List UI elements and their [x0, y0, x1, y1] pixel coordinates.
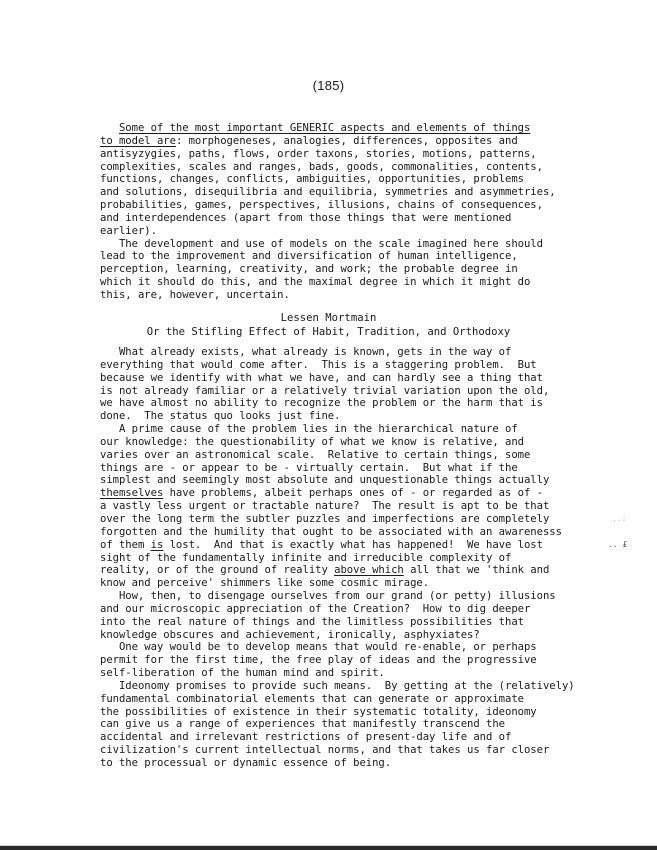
text-segment: a vastly less urgent or tractable nature… [100, 500, 549, 512]
text-line: and interdependences (apart from those t… [100, 212, 570, 225]
underlined-text: to model are [100, 135, 176, 147]
text-segment: varies over an astronomical scale. Relat… [100, 449, 530, 461]
text-segment: know and perceive' shimmers like some co… [100, 577, 429, 589]
text-segment: simplest and seemingly most absolute and… [100, 474, 549, 486]
document-page: (185) Some of the most important GENERIC… [0, 0, 657, 846]
underlined-text: is [151, 539, 164, 551]
text-line: functions, changes, conflicts, ambiguiti… [100, 173, 570, 186]
text-segment: things are - or appear to be - virtually… [100, 462, 518, 474]
text-line: we have almost no ability to recognize t… [100, 397, 570, 410]
text-segment: functions, changes, conflicts, ambiguiti… [100, 173, 524, 185]
text-line: lead to the improvement and diversificat… [100, 250, 570, 263]
text-segment: everything that would come after. This i… [100, 359, 537, 371]
text-segment: antisyzygies, paths, flows, order taxons… [100, 148, 537, 160]
text-segment: over the long term the subtler puzzles a… [100, 513, 549, 525]
text-line: What already exists, what already is kno… [100, 346, 570, 359]
text-line: antisyzygies, paths, flows, order taxons… [100, 148, 570, 161]
text-line: of them is lost. And that is exactly wha… [100, 539, 570, 552]
text-segment: we have almost no ability to recognize t… [100, 397, 543, 409]
text-segment: is not already familiar or a relatively … [100, 385, 549, 397]
text-segment: and our microscopic appreciation of the … [100, 603, 530, 615]
text-segment: permit for the first time, the free play… [100, 654, 537, 666]
page-number: (185) [0, 78, 657, 93]
text-segment: perception, learning, creativity, and wo… [100, 263, 518, 275]
text-line: done. The status quo looks just fine. [100, 410, 570, 423]
text-line: a vastly less urgent or tractable nature… [100, 500, 570, 513]
intro-paragraphs: Some of the most important GENERIC aspec… [100, 122, 570, 302]
text-segment: : morphogeneses, analogies, differences,… [176, 135, 518, 147]
text-segment: The development and use of models on the… [100, 238, 543, 250]
text-line: probabilities, games, perspectives, illu… [100, 199, 570, 212]
text-segment: One way would be to develop means that w… [100, 641, 537, 653]
viewer-bottom-edge [0, 845, 657, 850]
text-line: The development and use of models on the… [100, 238, 570, 251]
section-subtitle: Or the Stifling Effect of Habit, Traditi… [0, 326, 657, 339]
text-segment: the possibilities of existence in their … [100, 706, 537, 718]
text-line: Some of the most important GENERIC aspec… [100, 122, 570, 135]
text-line: everything that would come after. This i… [100, 359, 570, 372]
text-line: which it should do this, and the maximal… [100, 276, 570, 289]
text-line: this, are, however, uncertain. [100, 289, 570, 302]
text-line: simplest and seemingly most absolute and… [100, 474, 570, 487]
text-line: How, then, to disengage ourselves from o… [100, 590, 570, 603]
text-line: civilization's current intellectual norm… [100, 744, 570, 757]
text-segment: and solutions, disequilibria and equilib… [100, 186, 556, 198]
text-segment: knowledge obscures and achievement, iron… [100, 629, 480, 641]
text-segment: accidental and irrelevant restrictions o… [100, 731, 511, 743]
text-segment: civilization's current intellectual norm… [100, 744, 549, 756]
underlined-text: themselves [100, 487, 163, 499]
text-segment: lost. And that is exactly what has happe… [163, 539, 543, 551]
text-line: forgotten and the humility that ought to… [100, 526, 570, 539]
body-paragraphs: What already exists, what already is kno… [100, 346, 570, 770]
text-segment: and interdependences (apart from those t… [100, 212, 511, 224]
text-segment: Ideonomy promises to provide such means.… [100, 680, 575, 692]
text-segment: of them [100, 539, 151, 551]
text-segment: forgotten and the humility that ought to… [100, 526, 562, 538]
section-title: Lessen Mortmain [0, 312, 657, 325]
text-segment: our knowledge: the questionability of wh… [100, 436, 524, 448]
text-line: permit for the first time, the free play… [100, 654, 570, 667]
text-line: and our microscopic appreciation of the … [100, 603, 570, 616]
text-segment: to the processual or dynamic essence of … [100, 757, 391, 769]
text-line: themselves have problems, albeit perhaps… [100, 487, 570, 500]
text-line: fundamental combinatorial elements that … [100, 693, 570, 706]
text-segment: can give us a range of experiences that … [100, 718, 505, 730]
text-segment: A prime cause of the problem lies in the… [100, 423, 518, 435]
text-line: complexities, scales and ranges, bads, g… [100, 161, 570, 174]
text-line: sight of the fundamentally infinite and … [100, 552, 570, 565]
text-segment: lead to the improvement and diversificat… [100, 250, 518, 262]
text-line: accidental and irrelevant restrictions o… [100, 731, 570, 744]
text-segment: this, are, however, uncertain. [100, 289, 290, 301]
text-line: and solutions, disequilibria and equilib… [100, 186, 570, 199]
text-line: to model are: morphogeneses, analogies, … [100, 135, 570, 148]
text-line: Ideonomy promises to provide such means.… [100, 680, 570, 693]
text-line: A prime cause of the problem lies in the… [100, 423, 570, 436]
text-line: our knowledge: the questionability of wh… [100, 436, 570, 449]
text-segment: probabilities, games, perspectives, illu… [100, 199, 543, 211]
text-line: because we identify with what we have, a… [100, 372, 570, 385]
text-segment: all that we 'think and [404, 564, 550, 576]
text-line: knowledge obscures and achievement, iron… [100, 629, 570, 642]
text-line: can give us a range of experiences that … [100, 718, 570, 731]
text-segment: self-liberation of the human mind and sp… [100, 667, 385, 679]
text-line: know and perceive' shimmers like some co… [100, 577, 570, 590]
text-line: over the long term the subtler puzzles a… [100, 513, 570, 526]
text-segment: fundamental combinatorial elements that … [100, 693, 524, 705]
text-line: things are - or appear to be - virtually… [100, 462, 570, 475]
text-line: earlier). [100, 225, 570, 238]
text-segment: earlier). [100, 225, 157, 237]
text-line: self-liberation of the human mind and sp… [100, 667, 570, 680]
text-line: One way would be to develop means that w… [100, 641, 570, 654]
text-line: reality, or of the ground of reality abo… [100, 564, 570, 577]
underlined-text: above which [334, 564, 404, 576]
text-segment: done. The status quo looks just fine. [100, 410, 340, 422]
text-segment: which it should do this, and the maximal… [100, 276, 530, 288]
text-line: into the real nature of things and the l… [100, 616, 570, 629]
text-line: the possibilities of existence in their … [100, 706, 570, 719]
text-segment: sight of the fundamentally infinite and … [100, 552, 511, 564]
text-segment: reality, or of the ground of reality [100, 564, 334, 576]
text-line: perception, learning, creativity, and wo… [100, 263, 570, 276]
text-line: varies over an astronomical scale. Relat… [100, 449, 570, 462]
scan-artifact: .. £ [608, 540, 627, 549]
text-segment [100, 122, 119, 134]
text-segment: How, then, to disengage ourselves from o… [100, 590, 556, 602]
scan-artifact: ..: [612, 514, 626, 523]
text-line: is not already familiar or a relatively … [100, 385, 570, 398]
text-segment: because we identify with what we have, a… [100, 372, 543, 384]
text-segment: into the real nature of things and the l… [100, 616, 524, 628]
text-segment: have problems, albeit perhaps ones of - … [163, 487, 543, 499]
underlined-text: Some of the most important GENERIC aspec… [119, 122, 530, 134]
text-line: to the processual or dynamic essence of … [100, 757, 570, 770]
text-segment: complexities, scales and ranges, bads, g… [100, 161, 543, 173]
text-segment: What already exists, what already is kno… [100, 346, 511, 358]
